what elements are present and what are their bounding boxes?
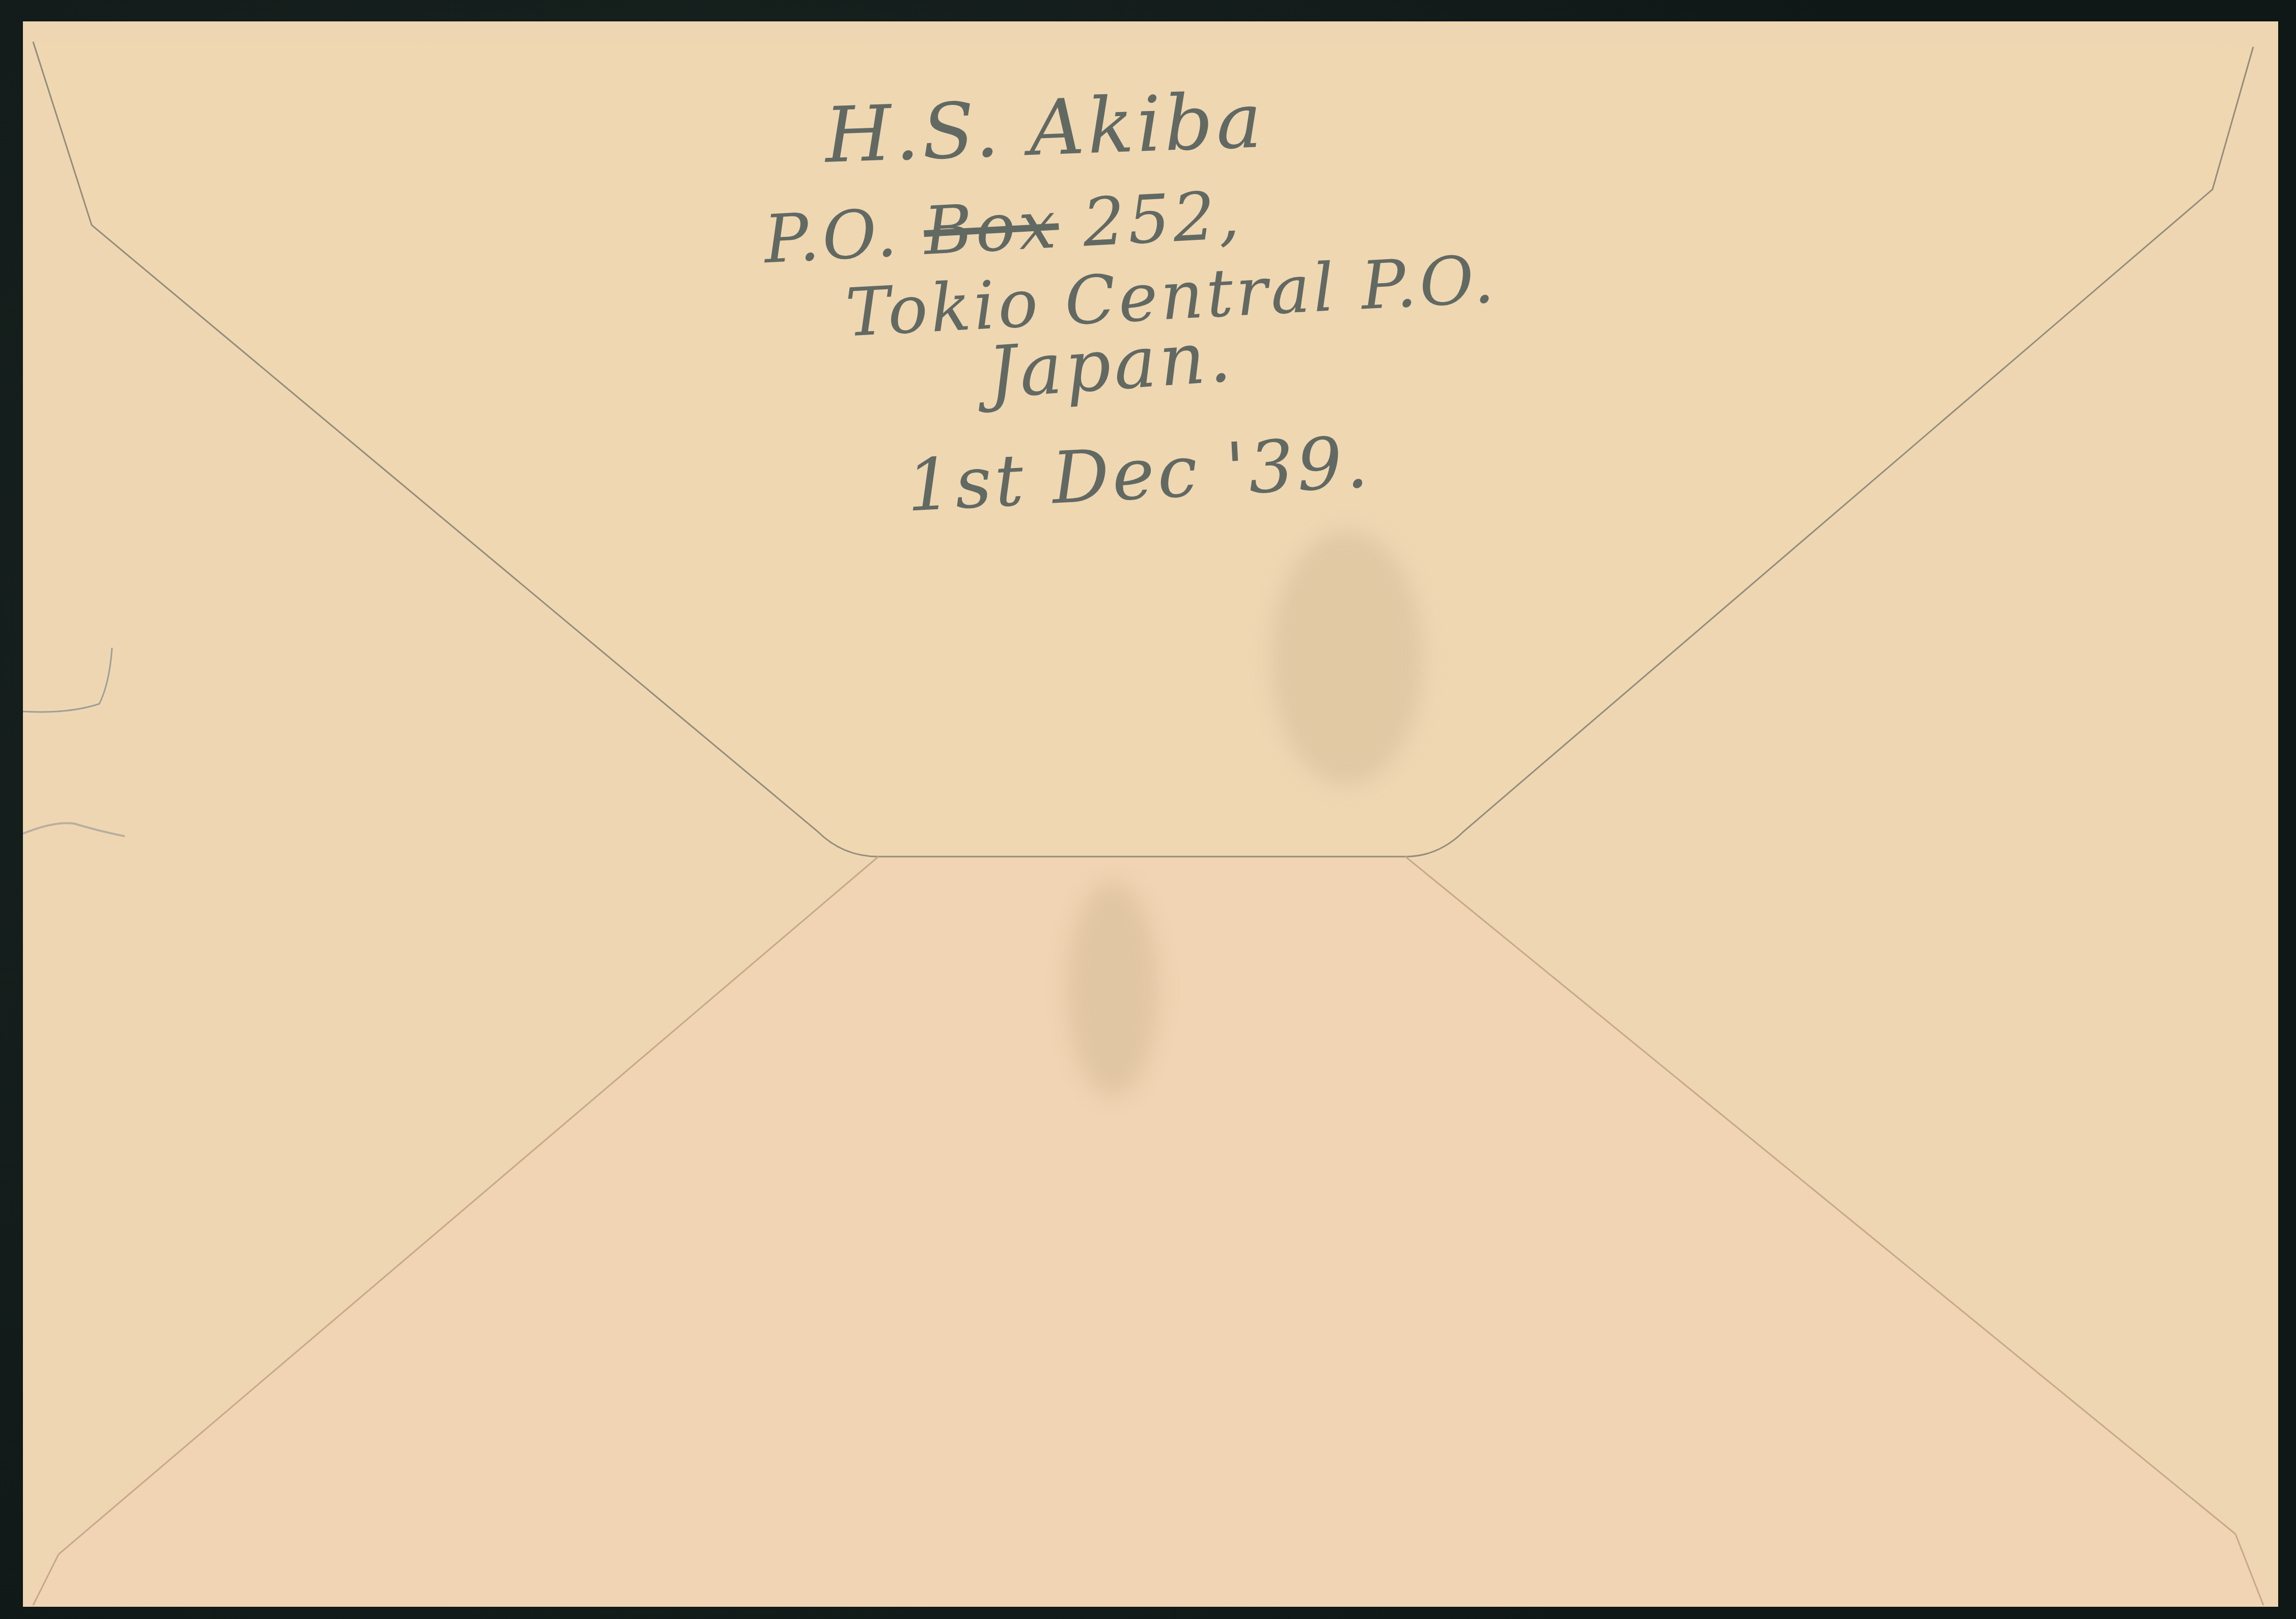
country-line: Japan. — [985, 315, 1237, 415]
po-box-struck-word: Box — [922, 185, 1061, 270]
sender-name: H.S. Akiba — [823, 76, 1266, 180]
po-box-number: 252, — [1081, 176, 1244, 262]
stain-mark — [1067, 882, 1158, 1096]
stain-mark — [1270, 531, 1423, 785]
po-box-prefix: P.O. — [762, 194, 902, 279]
